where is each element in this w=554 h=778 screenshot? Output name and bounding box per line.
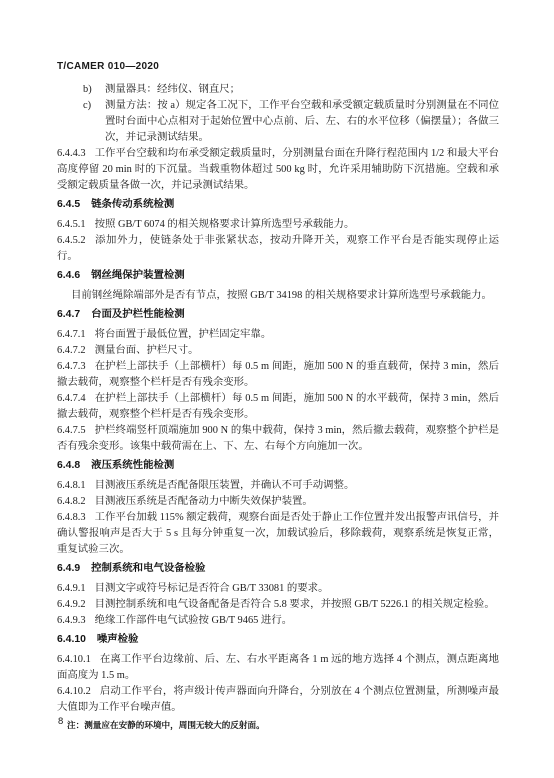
clause-number: 6.4.8.3 [57,512,95,523]
clause-paragraph: 6.4.7.3在护栏上部扶手（上部横杆）每 0.5 m 间距，施加 500 N … [57,359,499,391]
section-heading: 6.4.9控制系统和电气设备检验 [57,561,499,577]
clause-text: 在离工作平台边缘前、后、左、右水平距离各 1 m 远的地方选择 4 个测点，测点… [57,654,499,681]
clause-paragraph: 6.4.9.2目测控制系统和电气设备配备是否符合 5.8 要求，并按照 GB/T… [57,597,499,613]
paragraph-text: 目前钢丝绳除端部外是否有节点，按照 GB/T 34198 的相关规格要求计算所选… [71,290,492,301]
clause-paragraph: 6.4.9.1目测文字或符号标记是否符合 GB/T 33081 的要求。 [57,581,499,597]
section-heading: 6.4.5链条传动系统检测 [57,197,499,213]
section-title: 液压系统性能检测 [91,460,174,471]
section-heading: 6.4.6钢丝绳保护装置检测 [57,268,499,284]
clause-text: 在护栏上部扶手（上部横杆）每 0.5 m 间距，施加 500 N 的垂直载荷，保… [57,361,499,388]
clause-number: 6.4.8.2 [57,496,95,507]
clause-text: 启动工作平台，将声级计传声器面向升降台，分别放在 4 个测点位置测量，所测噪声最… [57,686,499,713]
clause-text: 目测控制系统和电气设备配备是否符合 5.8 要求，并按照 GB/T 5226.1… [95,599,495,610]
clause-number: 6.4.9.3 [57,615,95,626]
section-title: 台面及护栏性能检测 [91,309,185,320]
clause-paragraph: 6.4.5.1按照 GB/T 6074 的相关规格要求计算所选型号承载能力。 [57,217,499,233]
clause-text: 工作平台空载和均布承受额定载质量时，分别测量台面在升降行程范围内 1/2 和最大… [57,148,499,191]
clause-text: 绝缘工作部件电气试验按 GB/T 9465 进行。 [95,615,293,626]
section-title: 钢丝绳保护装置检测 [91,270,185,281]
list-item: b)测量器具：经纬仪、钢直尺； [57,82,499,98]
section-title: 控制系统和电气设备检验 [91,563,205,574]
clause-text: 在护栏上部扶手（上部横杆）每 0.5 m 间距，施加 500 N 的水平载荷，保… [57,393,499,420]
clause-paragraph: 6.4.7.5护栏终端竖杆顶端施加 900 N 的集中载荷，保持 3 min，然… [57,423,499,455]
clause-text: 目测文字或符号标记是否符合 GB/T 33081 的要求。 [95,583,329,594]
clause-paragraph: 6.4.5.2添加外力，使链条处于非张紧状态，按动升降开关，观察工作平台是否能实… [57,233,499,265]
clause-text: 目测液压系统是否配备限压装置，并确认不可手动调整。 [95,480,355,491]
clause-paragraph: 6.4.7.2测量台面、护栏尺寸。 [57,343,499,359]
clause-text: 按照 GB/T 6074 的相关规格要求计算所选型号承载能力。 [95,219,355,230]
clause-number: 6.4.5.2 [57,235,95,246]
section-heading: 6.4.8液压系统性能检测 [57,458,499,474]
clause-number: 6.4.8.1 [57,480,95,491]
note-label: 注： [67,720,84,730]
list-item-text: 测量方法：按 a）规定各工况下，工作平台空载和承受额定载质量时分别测量在不同位置… [105,100,499,143]
standard-number-header: T/CAMER 010—2020 [57,61,159,72]
list-item: c)测量方法：按 a）规定各工况下，工作平台空载和承受额定载质量时分别测量在不同… [57,98,499,146]
section-number: 6.4.9 [57,563,91,574]
section-number: 6.4.7 [57,309,91,320]
list-item-label: b) [83,82,105,98]
section-title: 噪声检验 [97,634,139,645]
section-heading: 6.4.7台面及护栏性能检测 [57,307,499,323]
clause-text: 将台面置于最低位置，护栏固定牢靠。 [95,329,272,340]
section-number: 6.4.6 [57,270,91,281]
clause-text: 测量台面、护栏尺寸。 [95,345,199,356]
clause-number: 6.4.7.5 [57,425,95,436]
clause-paragraph: 6.4.4.3工作平台空载和均布承受额定载质量时，分别测量台面在升降行程范围内 … [57,146,499,194]
section-number: 6.4.5 [57,199,91,210]
section-number: 6.4.8 [57,460,91,471]
page-number: 8 [58,716,63,727]
clause-number: 6.4.4.3 [57,148,95,159]
clause-paragraph: 6.4.8.2目测液压系统是否配备动力中断失效保护装置。 [57,494,499,510]
document-content: b)测量器具：经纬仪、钢直尺；c)测量方法：按 a）规定各工况下，工作平台空载和… [57,82,499,732]
clause-paragraph: 6.4.10.2启动工作平台，将声级计传声器面向升降台，分别放在 4 个测点位置… [57,684,499,716]
clause-number: 6.4.9.2 [57,599,95,610]
clause-text: 护栏终端竖杆顶端施加 900 N 的集中载荷，保持 3 min，然后撤去载荷，观… [57,425,499,452]
clause-number: 6.4.7.4 [57,393,95,404]
clause-number: 6.4.5.1 [57,219,95,230]
clause-number: 6.4.7.2 [57,345,95,356]
clause-number: 6.4.10.1 [57,654,100,665]
list-item-text: 测量器具：经纬仪、钢直尺； [105,84,240,95]
body-paragraph: 目前钢丝绳除端部外是否有节点，按照 GB/T 34198 的相关规格要求计算所选… [57,288,499,304]
clause-text: 工作平台加载 115% 额定载荷，观察台面是否处于静止工作位置并发出报警声讯信号… [57,512,499,555]
section-heading: 6.4.10噪声检验 [57,632,499,648]
note: 注：测量应在安静的环境中，周围无较大的反射面。 [57,718,499,732]
clause-paragraph: 6.4.7.4在护栏上部扶手（上部横杆）每 0.5 m 间距，施加 500 N … [57,391,499,423]
clause-paragraph: 6.4.8.3工作平台加载 115% 额定载荷，观察台面是否处于静止工作位置并发… [57,510,499,558]
clause-paragraph: 6.4.7.1将台面置于最低位置，护栏固定牢靠。 [57,327,499,343]
clause-paragraph: 6.4.10.1在离工作平台边缘前、后、左、右水平距离各 1 m 远的地方选择 … [57,652,499,684]
section-title: 链条传动系统检测 [91,199,174,210]
list-item-label: c) [83,98,105,114]
clause-text: 目测液压系统是否配备动力中断失效保护装置。 [95,496,313,507]
clause-number: 6.4.9.1 [57,583,95,594]
clause-paragraph: 6.4.9.3绝缘工作部件电气试验按 GB/T 9465 进行。 [57,613,499,629]
clause-number: 6.4.7.1 [57,329,95,340]
clause-number: 6.4.7.3 [57,361,95,372]
clause-text: 添加外力，使链条处于非张紧状态，按动升降开关，观察工作平台是否能实现停止运行。 [57,235,499,262]
note-text: 测量应在安静的环境中，周围无较大的反射面。 [84,720,264,730]
clause-number: 6.4.10.2 [57,686,100,697]
section-number: 6.4.10 [57,634,97,645]
clause-paragraph: 6.4.8.1目测液压系统是否配备限压装置，并确认不可手动调整。 [57,478,499,494]
